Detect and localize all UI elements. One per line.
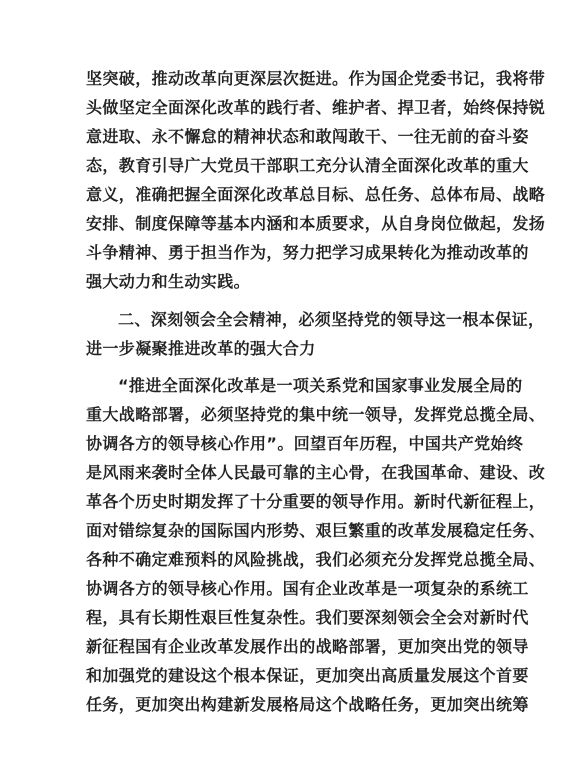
body-text-line: 头做坚定全面深化改革的践行者、维护者、捍卫者，始终保持锐 xyxy=(86,98,506,118)
document-page: 坚突破，推动改革向更深层次挺进。作为国企党委书记，我将带 头做坚定全面深化改革的… xyxy=(0,0,586,759)
body-text-line: 安排、制度保障等基本内涵和本质要求，从自身岗位做起，发扬 xyxy=(86,214,506,234)
body-text-line: 任务，更加突出构建新发展格局这个战略任务，更加突出统筹 xyxy=(86,695,506,715)
body-text-line: 各种不确定难预料的风险挑战，我们必须充分发挥党总揽全局、 xyxy=(86,550,506,570)
body-text-line: 协调各方的领导核心作用”。回望百年历程，中国共产党始终 xyxy=(86,434,506,454)
body-text-line: 强大动力和生动实践。 xyxy=(86,272,506,292)
body-text-line: 程，具有长期性艰巨性复杂性。我们要深刻领会全会对新时代 xyxy=(86,608,506,628)
body-text-line: 面对错综复杂的国际国内形势、艰巨繁重的改革发展稳定任务、 xyxy=(86,521,506,541)
body-text-line: 斗争精神、勇于担当作为，努力把学习成果转化为推动改革的 xyxy=(86,243,506,263)
body-text-line: 意进取、永不懈怠的精神状态和敢闯敢干、一往无前的奋斗姿 xyxy=(86,127,506,147)
section-heading-line: 进一步凝聚推进改革的强大合力 xyxy=(86,339,506,359)
body-text-line: “推进全面深化改革是一项关系党和国家事业发展全局的 xyxy=(118,376,538,396)
body-text-line: 重大战略部署，必须坚持党的集中统一领导，发挥党总揽全局、 xyxy=(86,405,506,425)
body-text-line: 意义，准确把握全面深化改革总目标、总任务、总体布局、战略 xyxy=(86,185,506,205)
body-text-line: 协调各方的领导核心作用。国有企业改革是一项复杂的系统工 xyxy=(86,579,506,599)
body-text-line: 新征程国有企业改革发展作出的战略部署，更加突出党的领导 xyxy=(86,637,506,657)
body-text-line: 和加强党的建设这个根本保证，更加突出高质量发展这个首要 xyxy=(86,666,506,686)
body-text-line: 革各个历史时期发挥了十分重要的领导作用。新时代新征程上， xyxy=(86,492,506,512)
body-text-line: 是风雨来袭时全体人民最可靠的主心骨，在我国革命、建设、改 xyxy=(86,463,506,483)
body-text-line: 坚突破，推动改革向更深层次挺进。作为国企党委书记，我将带 xyxy=(86,69,506,89)
section-heading-line: 二、深刻领会全会精神，必须坚持党的领导这一根本保证， xyxy=(118,310,538,330)
body-text-line: 态，教育引导广大党员干部职工充分认清全面深化改革的重大 xyxy=(86,156,506,176)
